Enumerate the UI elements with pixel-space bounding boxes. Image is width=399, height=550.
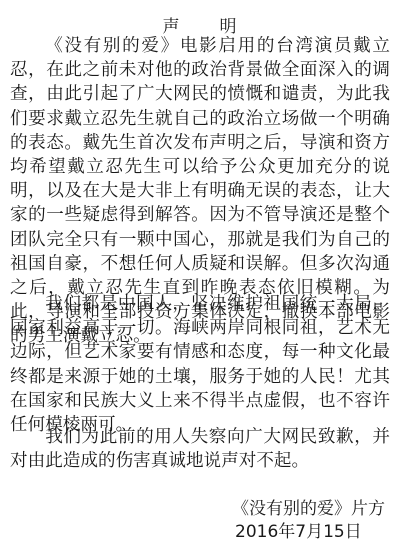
paragraph-apology: 我们为此前的用人失察向广大网民致歉，并对由此造成的伤害真诚地说声对不起。: [10, 425, 390, 473]
signature-date: 2016年7月15日: [235, 521, 362, 544]
paragraph-position: 我们都是中国人，坚决维护祖国统一大局，国家利益高于一切。海峡两岸同根同祖，艺术无…: [10, 292, 390, 437]
signature-organization: 《没有别的爱》片方: [232, 498, 385, 521]
